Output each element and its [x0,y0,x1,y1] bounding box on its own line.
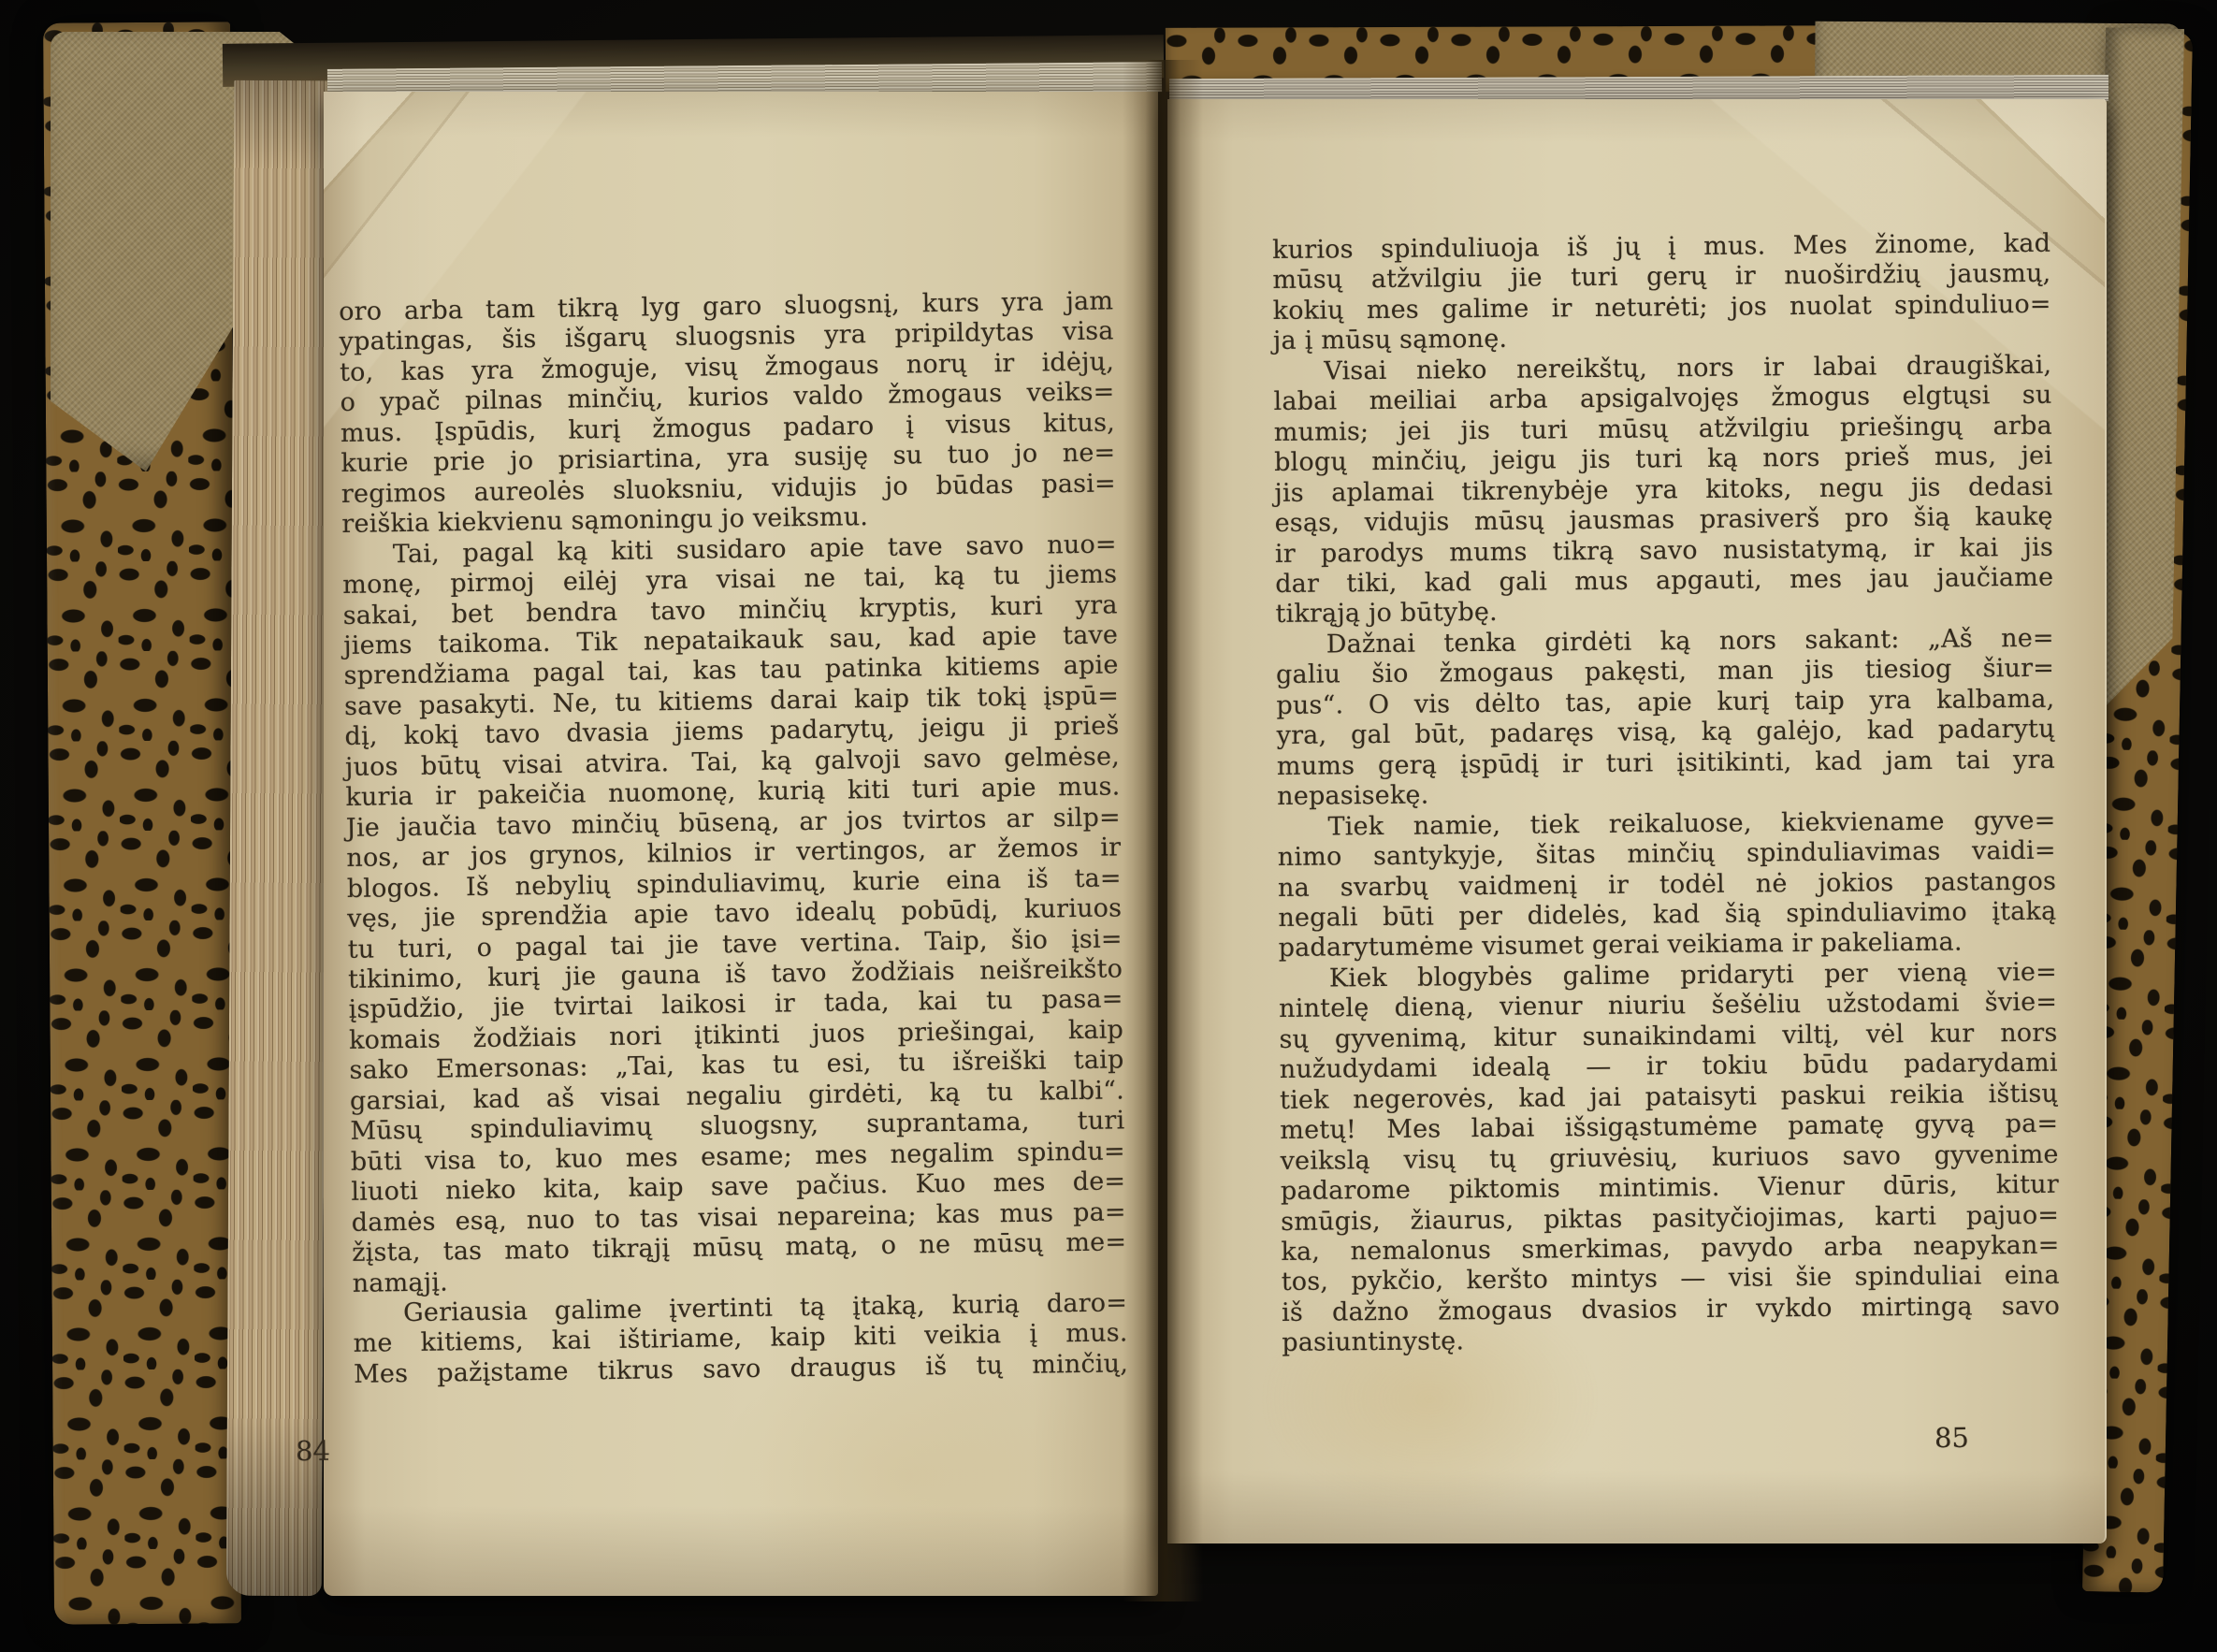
page-number: 85 [1934,1422,1969,1454]
left-page-text: oro arba tam tikrą lyg garo sluogsnį, ku… [339,286,1128,1390]
page-stack-edge-left [226,80,329,1597]
book-photo: oro arba tam tikrą lyg garo sluogsnį, ku… [0,0,2217,1652]
page-number: 84 [296,1435,330,1468]
gutter-shadow [1123,60,1203,1601]
right-page-text: kurios spinduliuoja iš jų į mus. Mes žin… [1272,229,2060,1359]
